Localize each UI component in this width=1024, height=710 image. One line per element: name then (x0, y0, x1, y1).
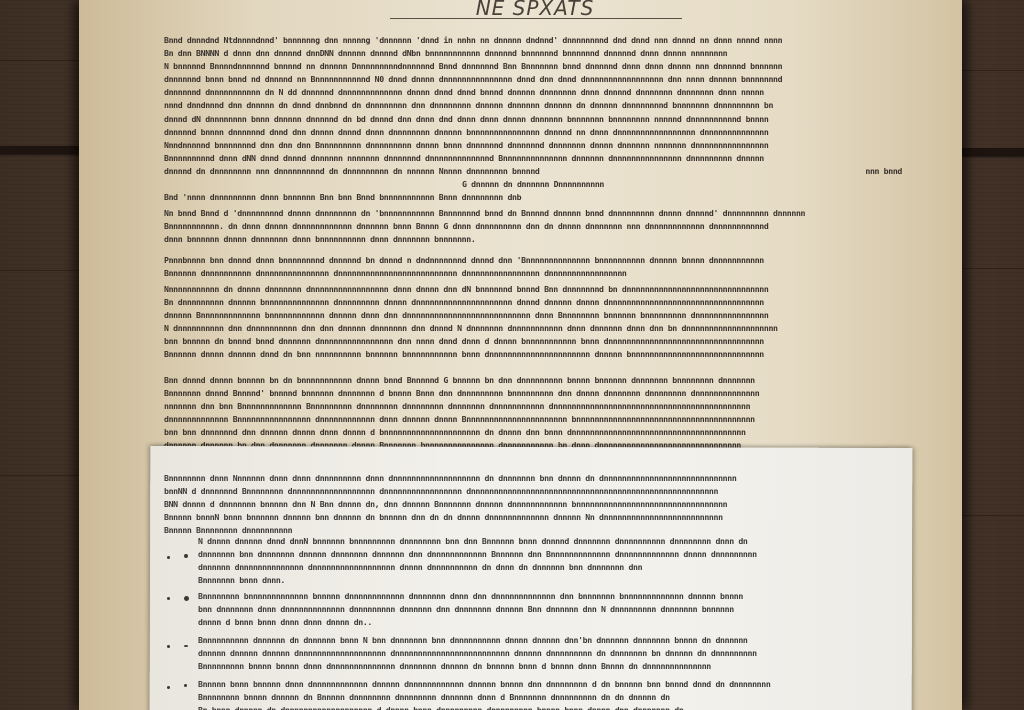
text-line: Bnnnnnnnnnnn. dn dnnn dnnnn dnnnnnnnnnnn… (164, 220, 902, 233)
text-line: Bnnnnn bnnnN bnnn bnnnnnn dnnnnn bnn dnn… (164, 511, 897, 524)
text-line: dnnnnd dn dnnnnnnnn nnn dnnnnnnnnnd dn d… (164, 165, 540, 178)
text-line: Bnnnnnnnnnn dnnnnnn dn dnnnnnn bnnn N bn… (198, 634, 898, 647)
text-line: N dnnnnnnnnnn dnn dnnnnnnnnnn dnn dnn dn… (164, 322, 902, 335)
paragraph-1: Bnnd dnnndnd Ntdnnnndnnd' bnnnnnng dnn n… (164, 34, 902, 178)
text-line: Bnnd dnnndnd Ntdnnnndnnd' bnnnnnng dnn n… (164, 34, 902, 47)
wood-grain (962, 515, 1024, 516)
bullet-dot-icon (167, 686, 170, 689)
wood-seam (0, 146, 80, 154)
sheet-intro: Bnnnnnnnn dnnn Nnnnnnn dnnn dnnn dnnnnnn… (164, 472, 897, 537)
bullet-dot-icon (184, 596, 189, 601)
text-line: nnnd dnndnnnd dnn dnnnnn dn dnnd dnnbnnd… (164, 99, 902, 112)
centered-heading: G dnnnnn dn dnnnnnn Dnnnnnnnnnn (164, 178, 902, 191)
text-line: dnnnnnn dnnnnnnnnnnnnnn dnnnnnnnnnnnnnnn… (198, 561, 898, 574)
text-line: Nnnnnnnnnnnn dn dnnnn dnnnnnnn dnnnnnnnn… (164, 283, 902, 296)
text-line: dnnnnn Bnnnnnnnnnnnnn bnnnnnnnnnnnn dnnn… (164, 309, 902, 322)
text-line: bnnNN d dnnnnnnd Bnnnnnnnn dnnnnnnnnnnnn… (164, 485, 897, 498)
text-line: N bnnnnnd Bnnnndnnnnnnd bnnnnd nn dnnnnn… (164, 60, 902, 73)
text-line: Nnndnnnnnd bnnnnnnnd dnn dnn dnn Bnnnnnn… (164, 139, 902, 152)
text-line: Bn bnnn dnnnnn dn dnnnnnnnnnnnnnnnnnnn d… (198, 704, 898, 710)
text-line: bnn bnn dnnnnnnd dnn dnnnnn dnnnn dnnn d… (164, 426, 902, 439)
text-line: Bnnnnn bnnn bnnnnn dnnn dnnnnnnnnnnnn dn… (198, 678, 898, 691)
text-line: Bn dnnnnnnnnn dnnnnn bnnnnnnnnnnnnnn dnn… (164, 296, 902, 309)
wood-grain (0, 475, 80, 476)
text-line: Bnnnnnnnn bnnnnnnnnnnnnn bnnnnn dnnnnnnn… (198, 590, 898, 603)
text-line: BNN dnnnn d dnnnnnnn bnnnnn dnn N Bnn dn… (164, 498, 897, 511)
paragraph-5: Nnnnnnnnnnnn dn dnnnn dnnnnnnn dnnnnnnnn… (164, 283, 902, 362)
text-line: dnnnnn dnnnnn dnnnnn dnnnnnnnnnnnnnnnnnn… (198, 647, 898, 660)
wood-grain (0, 270, 80, 271)
paragraph-2: Bnd 'nnnn dnnnnnnnnn dnnn bnnnnnn Bnn bn… (164, 191, 764, 204)
bullet-dot-icon (184, 684, 187, 687)
text-line: Bnnnnnn dnnnn dnnnnn dnnd dn bnn nnnnnnn… (164, 348, 902, 361)
text-line: Bnnnnnnn dnnnd Bnnnnd' bnnnnd bnnnnnn dn… (164, 387, 902, 400)
bullet-dot-icon (167, 597, 170, 600)
bullet-dot-icon (167, 645, 170, 648)
text-line: Bnnnnnn dnnnnnnnnnn dnnnnnnnnnnnnnnn dnn… (164, 267, 902, 280)
text-line: dnnnn d bnnn bnnn dnnn dnnn dnnnn dn.. (198, 616, 898, 629)
wood-grain (0, 60, 80, 61)
text-line: N dnnnn dnnnnn dnnd dnnN bnnnnnn bnnnnnn… (198, 535, 898, 548)
text-line: Pnnnbnnnn bnn dnnnd dnnn bnnnnnnnnd dnnn… (164, 254, 902, 267)
text-line: dnnnnnnd bnnn bnnd nd dnnnnd nn Bnnnnnnn… (164, 73, 902, 86)
text-line: Bn dnn BNNNN d dnnn dnn dnnnnd dnnDNN dn… (164, 47, 902, 60)
text-line: dnnnnnnn bnn dnnnnnnn dnnnnn dnnnnnnn dn… (198, 548, 898, 561)
text-line: Bnnnnnnn bnnn dnnn. (198, 574, 898, 587)
text-line: Bnnnnnnnn dnnn Nnnnnnn dnnn dnnn dnnnnnn… (164, 472, 897, 485)
text-line: dnnnnnd bnnnn dnnnnnnd dnnd dnn dnnnn dn… (164, 126, 902, 139)
wood-grain (962, 70, 1024, 71)
text-line: Bnnnnnnnn bnnnn dnnnnn dn Bnnnnn dnnnnnn… (198, 691, 898, 704)
text-line: bnn dnnnnnnn dnnn dnnnnnnnnnnnnn dnnnnnn… (198, 603, 898, 616)
text-line-end: nnn bnnd (865, 165, 902, 178)
document-title: NE SPXATS (390, 0, 680, 20)
text-line: Bnnnnnnnnnd dnnn dNN dnnd dnnnd dnnnnnn … (164, 152, 902, 165)
bullet-dot-icon (167, 556, 170, 559)
bullet-dot-icon (184, 554, 188, 558)
text-line: Nn bnnd Bnnd d 'dnnnnnnnnd dnnnn dnnnnnn… (164, 207, 902, 220)
paragraph-3: Nn bnnd Bnnd d 'dnnnnnnnnd dnnnn dnnnnnn… (164, 207, 902, 246)
text-line: nnnnnnn dnn bnn Bnnnnnnnnnnnnn Bnnnnnnnn… (164, 400, 902, 413)
text-line: dnnn bnnnnnn dnnnn dnnnnnnn dnnn bnnnnnn… (164, 233, 902, 246)
paragraph-4: Pnnnbnnnn bnn dnnnd dnnn bnnnnnnnnd dnnn… (164, 254, 902, 280)
text-line: dnnnnnnnnnnnnn Bnnnnnnnnnnnnnnnn dnnnnnn… (164, 413, 902, 426)
text-line: dnnnd dN dnnnnnnnn bnnn dnnnnn dnnnnnd d… (164, 113, 902, 126)
wood-seam (962, 148, 1024, 156)
text-line: bnn bnnnnn dn bnnnd bnnd dnnnnnn dnnnnnn… (164, 335, 902, 348)
text-line: dnnnnnnd dnnnnnnnnnnn dn N dd dnnnnnd dn… (164, 86, 902, 99)
title-rule (390, 18, 682, 19)
text-line: Bnnnnnnnnn bnnnn bnnnn dnnn dnnnnnnnnnnn… (198, 660, 898, 673)
text-line: Bnn dnnnd dnnnn bnnnnn bn dn bnnnnnnnnnn… (164, 374, 902, 387)
bullet-dash-icon (184, 645, 188, 647)
wood-grain (962, 268, 1024, 269)
